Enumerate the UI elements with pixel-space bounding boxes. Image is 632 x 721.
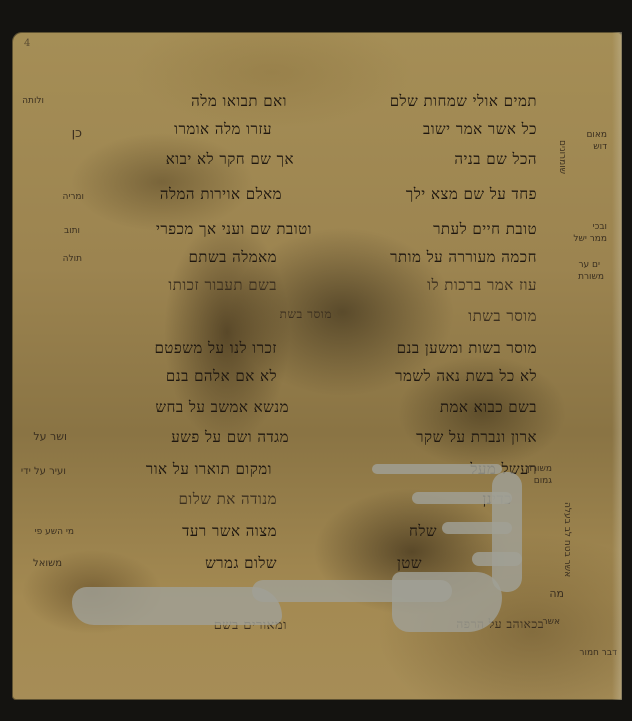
vertical-margin-note: אשר בטח לב בעלה	[562, 502, 572, 577]
text-line: ארון ונברת על שקר	[416, 428, 537, 447]
text-line: מאלם אוירות המלה	[160, 185, 282, 204]
margin-note: דבר חמור	[579, 648, 617, 658]
text-line: כל אשר אמר ישוב	[423, 120, 537, 139]
text-line: לא אם אלהם בנם	[166, 367, 277, 386]
text-line: מנשא אמשב על בחש	[155, 398, 289, 417]
manuscript-page: 4 תמים אולי שמחות שלם כל אשר אמר ישוב הכ…	[12, 32, 622, 700]
text-line: מצוה אשר רעד	[182, 522, 277, 541]
margin-note: משורת	[578, 272, 604, 282]
text-line: אך שם חקר לא יבוא	[166, 150, 294, 169]
text-line: מוסר בשתו	[468, 307, 537, 326]
text-line: וטובת שם ועני אך מכפרי	[156, 220, 312, 239]
text-line: ואם תבואו מלה	[191, 92, 287, 111]
text-line: תמים אולי שמחות שלם	[390, 92, 537, 111]
text-line: עוז אמר ברכות לו	[427, 276, 537, 295]
margin-note: ועיר על ידי	[21, 466, 66, 477]
margin-note: ים ער	[578, 260, 600, 270]
margin-note: דוש	[593, 142, 607, 152]
text-line: מנודה את שלום	[179, 490, 277, 509]
margin-note: ושר על	[33, 430, 67, 443]
margin-note: מה	[549, 587, 564, 600]
text-line: בשם כבוא אמת	[440, 398, 537, 417]
text-line: שלום גמרש	[205, 554, 277, 573]
margin-note: ובכי	[593, 222, 607, 232]
text-line: שטן	[397, 554, 422, 573]
margin-note: ותוב	[64, 226, 80, 236]
text-line: שלח	[409, 522, 437, 541]
text-line: טובת חיים לעתר	[433, 220, 537, 239]
text-line: לא כל בשת נאה לשמר	[395, 367, 537, 386]
text-line: זכרו לנו על משפטם	[154, 339, 277, 358]
margin-note: תולה	[63, 254, 82, 264]
margin-note: גמום	[534, 476, 552, 486]
text-line: חכמה מעוררה על מותר	[390, 248, 537, 267]
vertical-margin-note: שומרונים	[557, 140, 567, 174]
folio-mark: 4	[24, 38, 30, 49]
text-line: מגדה ושם על פשע	[171, 428, 289, 447]
text-line: הכל שם בניה	[454, 150, 537, 169]
margin-note: ולותה	[22, 96, 44, 106]
margin-note: ממר ישל	[573, 234, 607, 244]
text-line: בשם תעבור זכותו	[168, 276, 277, 295]
text-line: ומקום תוארו על אור	[146, 460, 272, 479]
text-line: עזרו מלה אומרו	[174, 120, 272, 139]
text-line: מוסר בשות ומשען בנם	[397, 339, 537, 358]
margin-note: כן	[72, 126, 82, 141]
margin-note: משורון	[527, 464, 552, 474]
margin-note: מי השע פי	[35, 527, 74, 537]
margin-note: אשר	[543, 617, 560, 627]
margin-note: מאום	[586, 130, 607, 140]
text-line: מאמלה בשתם	[188, 248, 277, 267]
text-line: מוסר בשת	[280, 307, 332, 322]
margin-note: ומריה	[62, 192, 84, 202]
margin-note: משואל	[33, 558, 62, 569]
text-line: פחד על שם מצא ילך	[406, 185, 537, 204]
